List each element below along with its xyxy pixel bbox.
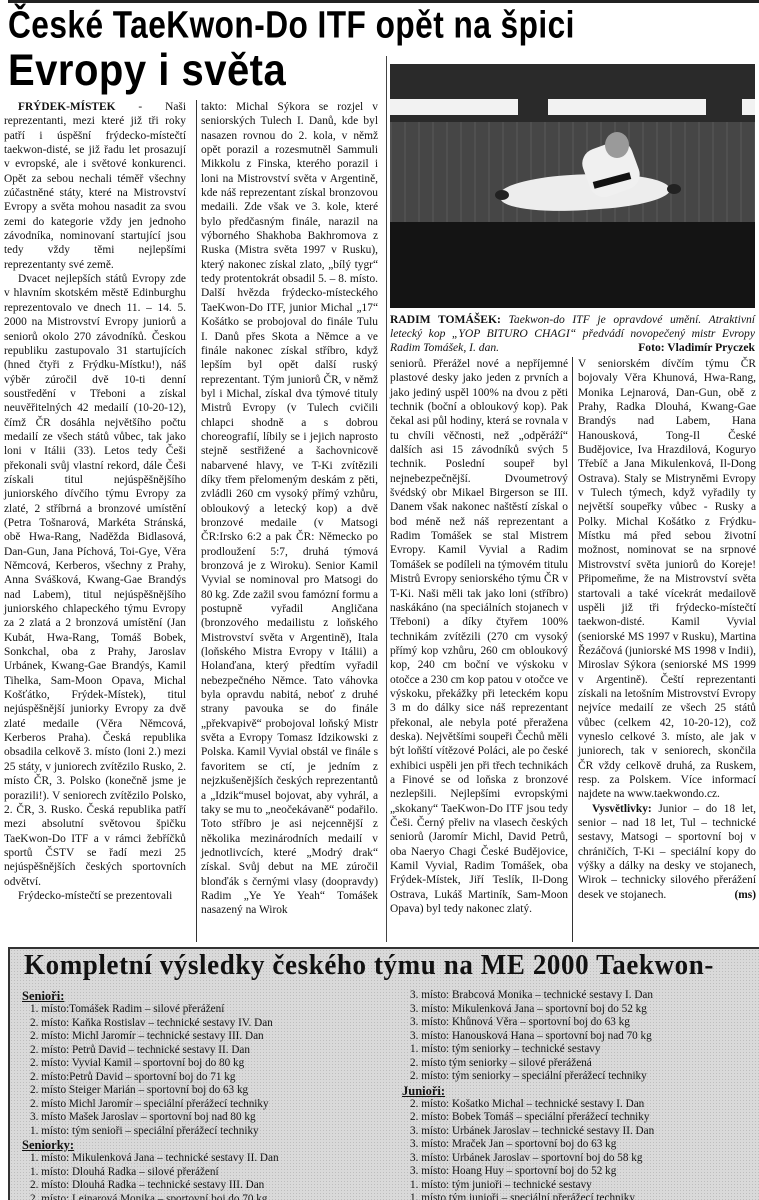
result-row: 2. místo: Košatko Michal – technické ses… bbox=[406, 1098, 654, 1112]
result-row: 3. místo: Hanousková Hana – sportovní bo… bbox=[406, 1030, 654, 1044]
results-right-column: 3. místo: Brabcová Monika – technické se… bbox=[406, 989, 654, 1200]
result-row: 1. místo: tým seniorky – technické sesta… bbox=[406, 1043, 654, 1057]
result-row: 2. místo Michl Jaromír – speciální přerá… bbox=[26, 1098, 279, 1112]
article-column-3: seniorů. Přerážel nové a nepříjemné plas… bbox=[390, 357, 568, 916]
result-row: 2. místo: Dlouhá Radka – technické sesta… bbox=[26, 1179, 279, 1193]
results-category: Senioři: bbox=[22, 989, 279, 1003]
result-row: 3. místo: Mikulenková Jana – sportovní b… bbox=[406, 1003, 654, 1017]
results-title: Kompletní výsledky českého týmu na ME 20… bbox=[24, 949, 714, 982]
result-row: 1. místo:Tomášek Radim – silové přerážen… bbox=[26, 1003, 279, 1017]
result-row: 2. místo: Lejnarová Monika – sportovní b… bbox=[26, 1193, 279, 1200]
result-row: 2. místo: Michl Jaromír – technické sest… bbox=[26, 1030, 279, 1044]
result-row: 3. místo: Urbánek Jaroslav – technické s… bbox=[406, 1125, 654, 1139]
hall-window bbox=[742, 99, 755, 115]
result-row: 2. místo: Bobek Tomáš – speciální přeráž… bbox=[406, 1111, 654, 1125]
hall-window bbox=[548, 99, 706, 115]
hall-window bbox=[390, 99, 518, 115]
caption-name: RADIM TOMÁŠEK: bbox=[390, 313, 501, 326]
result-row: 1. místo: tým junioři – technické sestav… bbox=[406, 1179, 654, 1193]
headline-line-1: České TaeKwon-Do ITF opět na špici bbox=[8, 4, 575, 48]
result-row: 3. místo: Khůnová Věra – sportovní boj d… bbox=[406, 1016, 654, 1030]
results-left-column: Senioři:1. místo:Tomášek Radim – silové … bbox=[26, 989, 279, 1200]
result-row: 2. místo:Petrů David – sportovní boj do … bbox=[26, 1071, 279, 1085]
lead-paragraph: FRÝDEK-MÍSTEK - Naši reprezentanti, mezi… bbox=[4, 100, 186, 272]
hall-floor bbox=[390, 222, 755, 308]
result-row: 3. místo: Mraček Jan – sportovní boj do … bbox=[406, 1138, 654, 1152]
athlete-head bbox=[605, 132, 629, 158]
paragraph: V seniorském dívčím týmu ČR bojovaly Věr… bbox=[578, 357, 756, 802]
athlete-foot bbox=[667, 184, 681, 194]
result-row: 1. místo: Mikulenková Jana – technické s… bbox=[26, 1152, 279, 1166]
paragraph: takto: Michal Sýkora se rozjel v seniors… bbox=[201, 100, 378, 918]
result-row: 2. místo: tým seniorky – speciální přerá… bbox=[406, 1070, 654, 1084]
result-row: 2. místo tým seniorky – silové přerážená bbox=[406, 1057, 654, 1071]
article-column-4: V seniorském dívčím týmu ČR bojovaly Věr… bbox=[572, 357, 756, 942]
result-row: 1. místo: Dlouhá Radka – silové přerážen… bbox=[26, 1166, 279, 1180]
result-row: 1. místo: tým senioři – speciální přeráž… bbox=[26, 1125, 279, 1139]
column-divider bbox=[386, 56, 387, 942]
result-row: 3. místo: Urbánek Jaroslav – sportovní b… bbox=[406, 1152, 654, 1166]
dateline: FRÝDEK-MÍSTEK bbox=[18, 101, 115, 113]
paragraph: Frýdecko-místečtí se prezentovali bbox=[4, 889, 186, 903]
athlete-foot bbox=[495, 190, 509, 200]
photo-caption: RADIM TOMÁŠEK: Taekwon-do ITF je opravdo… bbox=[390, 313, 755, 355]
headline-line-2: Evropy i světa bbox=[8, 46, 286, 96]
glossary-label: Vysvětlivky: bbox=[592, 803, 652, 815]
result-row: 3. místo: Hoang Huy – sportovní boj do 5… bbox=[406, 1165, 654, 1179]
result-row: 1. místo tým junioři – speciální přeráže… bbox=[406, 1192, 654, 1200]
paragraph: seniorů. Přerážel nové a nepříjemné plas… bbox=[390, 357, 568, 916]
results-category: Seniorky: bbox=[22, 1138, 279, 1152]
article-photo bbox=[390, 64, 755, 308]
paragraph: Dvacet nejlepších států Evropy zde v hla… bbox=[4, 272, 186, 889]
result-row: 3. místo Mašek Jaroslav – sportovní boj … bbox=[26, 1111, 279, 1125]
author-signature: (ms) bbox=[720, 888, 756, 902]
result-row: 2. místo: Petrů David – technické sestav… bbox=[26, 1044, 279, 1058]
glossary: Vysvětlivky: Junior – do 18 let, senior … bbox=[578, 802, 756, 902]
result-row: 2. místo: Vyvial Kamil – sportovní boj d… bbox=[26, 1057, 279, 1071]
result-row: 3. místo: Brabcová Monika – technické se… bbox=[406, 989, 654, 1003]
result-row: 2. místo Steiger Marián – sportovní boj … bbox=[26, 1084, 279, 1098]
article-column-2: takto: Michal Sýkora se rozjel v seniors… bbox=[196, 100, 378, 942]
photo-credit: Foto: Vladimír Pryczek bbox=[638, 341, 755, 355]
results-box: Kompletní výsledky českého týmu na ME 20… bbox=[8, 947, 759, 1200]
results-category: Junioři: bbox=[402, 1084, 654, 1098]
article-column-1: FRÝDEK-MÍSTEK - Naši reprezentanti, mezi… bbox=[4, 100, 186, 903]
top-rule bbox=[8, 0, 759, 3]
result-row: 2. místo: Kaňka Rostislav – technické se… bbox=[26, 1017, 279, 1031]
